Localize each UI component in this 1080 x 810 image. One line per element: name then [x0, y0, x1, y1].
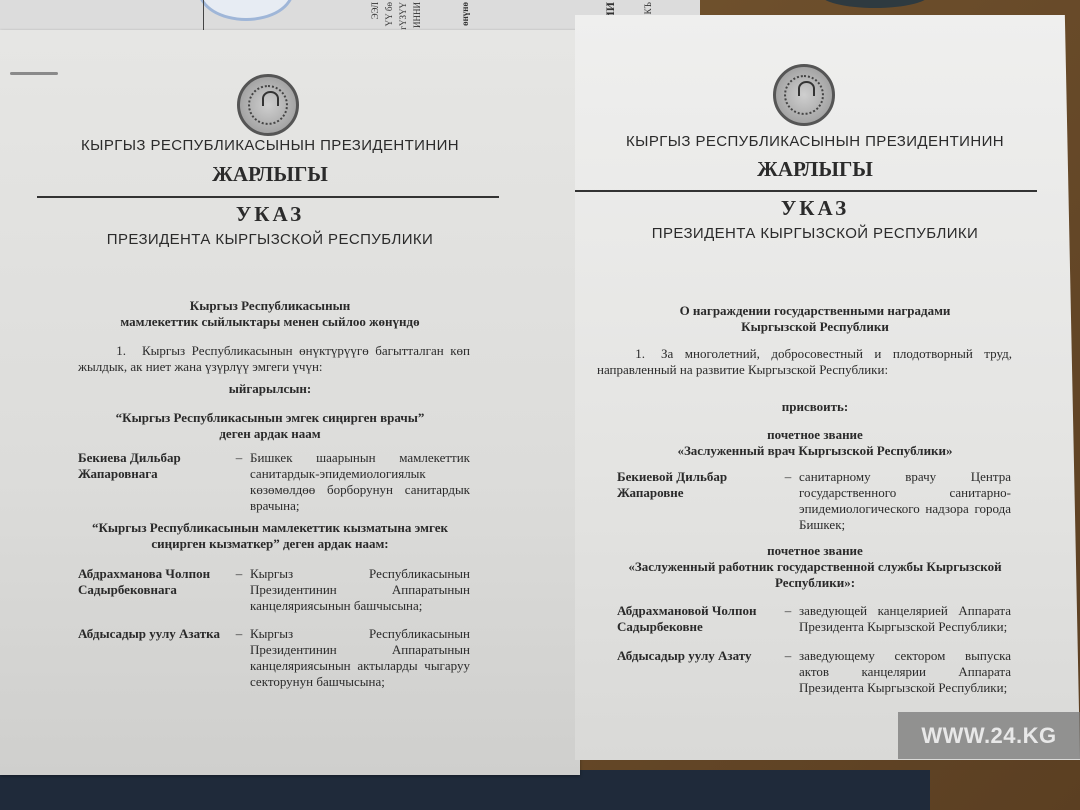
- recipient-position: заведующему сектором выпуска актов канце…: [799, 648, 1011, 696]
- dash: –: [777, 469, 799, 533]
- award-title-line: “Кыргыз Республикасынын мамлекеттик кызм…: [60, 520, 480, 536]
- state-emblem-icon: [237, 74, 299, 136]
- header-line1: КЫРГЫЗ РЕСПУБЛИКАСЫНЫН ПРЕЗИДЕНТИНИН: [40, 137, 500, 154]
- recipient-name: Абдысадыр уулу Азату: [617, 648, 777, 696]
- dash: –: [777, 603, 799, 635]
- background-text: ҮҮ бө: [384, 2, 394, 26]
- recipient-name: Абдрахманова Чолпон Садырбековнага: [78, 566, 228, 614]
- recipient-row: Бекиева Дильбар Жапаровнага – Бишкек шаа…: [78, 450, 470, 514]
- header-rule: [575, 190, 1037, 192]
- paragraph-1: 1.За многолетний, добросовестный и плодо…: [597, 346, 1012, 378]
- award-title-2: “Кыргыз Республикасынын мамлекеттик кызм…: [60, 520, 480, 552]
- background-text: КЪ: [643, 2, 653, 14]
- recipient-row: Абдысадыр уулу Азату – заведующему секто…: [617, 648, 1012, 696]
- award-title-line: деген ардак наам: [60, 426, 480, 442]
- recipient-position: Бишкек шаарынын мамлекеттик санитардык-э…: [250, 450, 470, 514]
- title-line: Кыргыз Республикасынын: [60, 298, 480, 314]
- award-title-line: «Заслуженный работник государственной сл…: [595, 559, 1035, 575]
- header-line3: ПРЕЗИДЕНТА КЫРГЫЗСКОЙ РЕСПУБЛИКИ: [40, 231, 500, 248]
- title-line: мамлекеттик сыйлыктары менен сыйлоо жөнү…: [60, 314, 480, 330]
- verb: присвоить:: [595, 399, 1035, 415]
- paragraph-1: 1.Кыргыз Республикасынын өнүктүрүүгө баг…: [78, 343, 470, 375]
- background-text: гҮЗҮҮ: [398, 2, 408, 30]
- dash: –: [228, 566, 250, 614]
- header-line3: ПРЕЗИДЕНТА КЫРГЫЗСКОЙ РЕСПУБЛИКИ: [585, 225, 1045, 242]
- header-line1: КЫРГЫЗ РЕСПУБЛИКАСЫНЫН ПРЕЗИДЕНТИНИН: [585, 133, 1045, 150]
- award-title-line: «Заслуженный врач Кыргызской Республики»: [595, 443, 1035, 459]
- award-title-line: почетное звание: [595, 543, 1035, 559]
- site-watermark: WWW.24.KG: [898, 712, 1080, 759]
- title-line: О награждении государственными наградами: [595, 303, 1035, 319]
- award-title-line: Республики»:: [595, 575, 1035, 591]
- background-text: ЭЭЛ: [370, 2, 380, 19]
- header-line2: ЖАРЛЫГЫ: [585, 157, 1045, 182]
- background-text: өнүнө: [460, 2, 470, 26]
- header-rule: [37, 196, 499, 198]
- title-line: Кыргызской Республики: [595, 319, 1035, 335]
- award-title-line: почетное звание: [595, 427, 1035, 443]
- recipient-row: Абдысадыр уулу Азатка – Кыргыз Республик…: [78, 626, 470, 690]
- award-title-1: “Кыргыз Республикасынын эмгек сиңирген в…: [60, 410, 480, 442]
- recipient-row: Абдрахманова Чолпон Садырбековнага – Кыр…: [78, 566, 470, 614]
- recipient-name: Абдрахмановой Чолпон Садырбековне: [617, 603, 777, 635]
- dash: –: [777, 648, 799, 696]
- decree-title: О награждении государственными наградами…: [595, 303, 1035, 335]
- paragraph-number: 1.: [78, 343, 142, 359]
- state-emblem-icon: [773, 64, 835, 126]
- award-title-1: почетное звание «Заслуженный врач Кыргыз…: [595, 427, 1035, 459]
- recipient-position: санитарному врачу Центра государственног…: [799, 469, 1011, 533]
- blue-stamp-icon: [198, 0, 294, 21]
- header-line2: ЖАРЛЫГЫ: [40, 162, 500, 187]
- recipient-name: Абдысадыр уулу Азатка: [78, 626, 228, 690]
- award-title-line: сиңирген кызматкер” деген ардак наам:: [60, 536, 480, 552]
- award-title-line: “Кыргыз Республикасынын эмгек сиңирген в…: [60, 410, 480, 426]
- recipient-position: Кыргыз Республикасынын Президентинин Апп…: [250, 566, 470, 614]
- dash: –: [228, 450, 250, 514]
- divider: [203, 0, 204, 30]
- recipient-position: заведующей канцелярией Аппарата Президен…: [799, 603, 1011, 635]
- desk-blue-cloth: [0, 770, 930, 810]
- verb: ыйгарылсын:: [60, 381, 480, 397]
- recipient-row: Бекиевой Дильбар Жапаровне – санитарному…: [617, 469, 1012, 533]
- award-title-2: почетное звание «Заслуженный работник го…: [595, 543, 1035, 591]
- recipient-name: Бекиевой Дильбар Жапаровне: [617, 469, 777, 533]
- recipient-position: Кыргыз Республикасынын Президентинин Апп…: [250, 626, 470, 690]
- dash: –: [228, 626, 250, 690]
- ukaz-title: УКАЗ: [40, 202, 500, 227]
- decree-title: Кыргыз Республикасынын мамлекеттик сыйлы…: [60, 298, 480, 330]
- paragraph-number: 1.: [597, 346, 661, 362]
- decree-page-kyrgyz: КЫРГЫЗ РЕСПУБЛИКАСЫНЫН ПРЕЗИДЕНТИНИН ЖАР…: [0, 30, 580, 775]
- staple-icon: [10, 72, 58, 75]
- ukaz-title: УКАЗ: [585, 196, 1045, 221]
- recipient-name: Бекиева Дильбар Жапаровнага: [78, 450, 228, 514]
- background-text: ИННИ: [412, 2, 422, 28]
- decree-page-russian: КЫРГЫЗ РЕСПУБЛИКАСЫНЫН ПРЕЗИДЕНТИНИН ЖАР…: [575, 15, 1080, 760]
- recipient-row: Абдрахмановой Чолпон Садырбековне – заве…: [617, 603, 1012, 635]
